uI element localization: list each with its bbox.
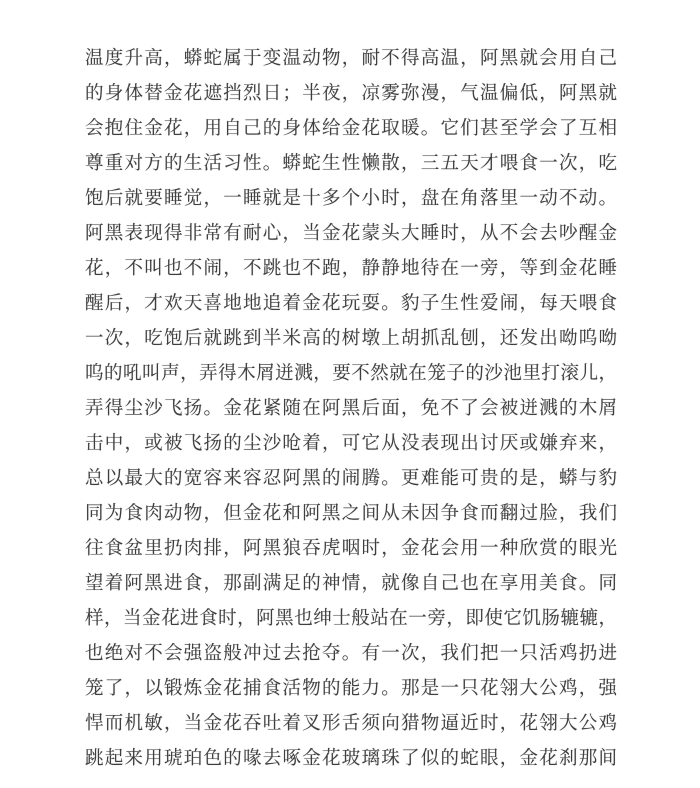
text-line: 尊重对方的生活习性。蟒蛇生性懒散，三五天才喂食一次，吃 bbox=[85, 147, 617, 182]
text-line: 同为食肉动物，但金花和阿黑之间从未因争食而翻过脸，我们 bbox=[85, 497, 617, 532]
text-line: 总以最大的宽容来容忍阿黑的闹腾。更难能可贵的是，蟒与豹 bbox=[85, 462, 617, 497]
text-line: 花，不叫也不闹，不跳也不跑，静静地待在一旁，等到金花睡 bbox=[85, 252, 617, 287]
text-line: 的身体替金花遮挡烈日；半夜，凉雾弥漫，气温偏低，阿黑就 bbox=[85, 77, 617, 112]
text-line: 呜的吼叫声，弄得木屑迸溅，要不然就在笼子的沙池里打滚儿， bbox=[85, 357, 617, 392]
text-line: 会抱住金花，用自己的身体给金花取暖。它们甚至学会了互相 bbox=[85, 112, 617, 147]
text-line: 弄得尘沙飞扬。金花紧随在阿黑后面，免不了会被迸溅的木屑 bbox=[85, 392, 617, 427]
page-text: 温度升高，蟒蛇属于变温动物，耐不得高温，阿黑就会用自己 的身体替金花遮挡烈日；半… bbox=[85, 42, 617, 777]
text-line: 望着阿黑进食，那副满足的神情，就像自己也在享用美食。同 bbox=[85, 567, 617, 602]
text-line: 悍而机敏，当金花吞吐着叉形舌须向猎物逼近时，花翎大公鸡 bbox=[85, 707, 617, 742]
document-page: 温度升高，蟒蛇属于变温动物，耐不得高温，阿黑就会用自己 的身体替金花遮挡烈日；半… bbox=[0, 0, 700, 788]
text-line: 笼了，以锻炼金花捕食活物的能力。那是一只花翎大公鸡，强 bbox=[85, 672, 617, 707]
text-line: 跳起来用琥珀色的喙去啄金花玻璃珠了似的蛇眼，金花刹那间 bbox=[85, 742, 617, 777]
text-line: 阿黑表现得非常有耐心，当金花蒙头大睡时，从不会去吵醒金 bbox=[85, 217, 617, 252]
text-line: 往食盆里扔肉排，阿黑狼吞虎咽时，金花会用一种欣赏的眼光 bbox=[85, 532, 617, 567]
text-line: 醒后，才欢天喜地地追着金花玩耍。豹子生性爱闹，每天喂食 bbox=[85, 287, 617, 322]
text-line: 也绝对不会强盗般冲过去抢夺。有一次，我们把一只活鸡扔进 bbox=[85, 637, 617, 672]
text-line: 一次，吃饱后就跳到半米高的树墩上胡抓乱刨，还发出呦呜呦 bbox=[85, 322, 617, 357]
text-line: 样，当金花进食时，阿黑也绅士般站在一旁，即使它饥肠辘辘， bbox=[85, 602, 617, 637]
text-line: 饱后就要睡觉，一睡就是十多个小时，盘在角落里一动不动。 bbox=[85, 182, 617, 217]
text-line: 击中，或被飞扬的尘沙呛着，可它从没表现出讨厌或嫌弃来， bbox=[85, 427, 617, 462]
text-line: 温度升高，蟒蛇属于变温动物，耐不得高温，阿黑就会用自己 bbox=[85, 42, 617, 77]
